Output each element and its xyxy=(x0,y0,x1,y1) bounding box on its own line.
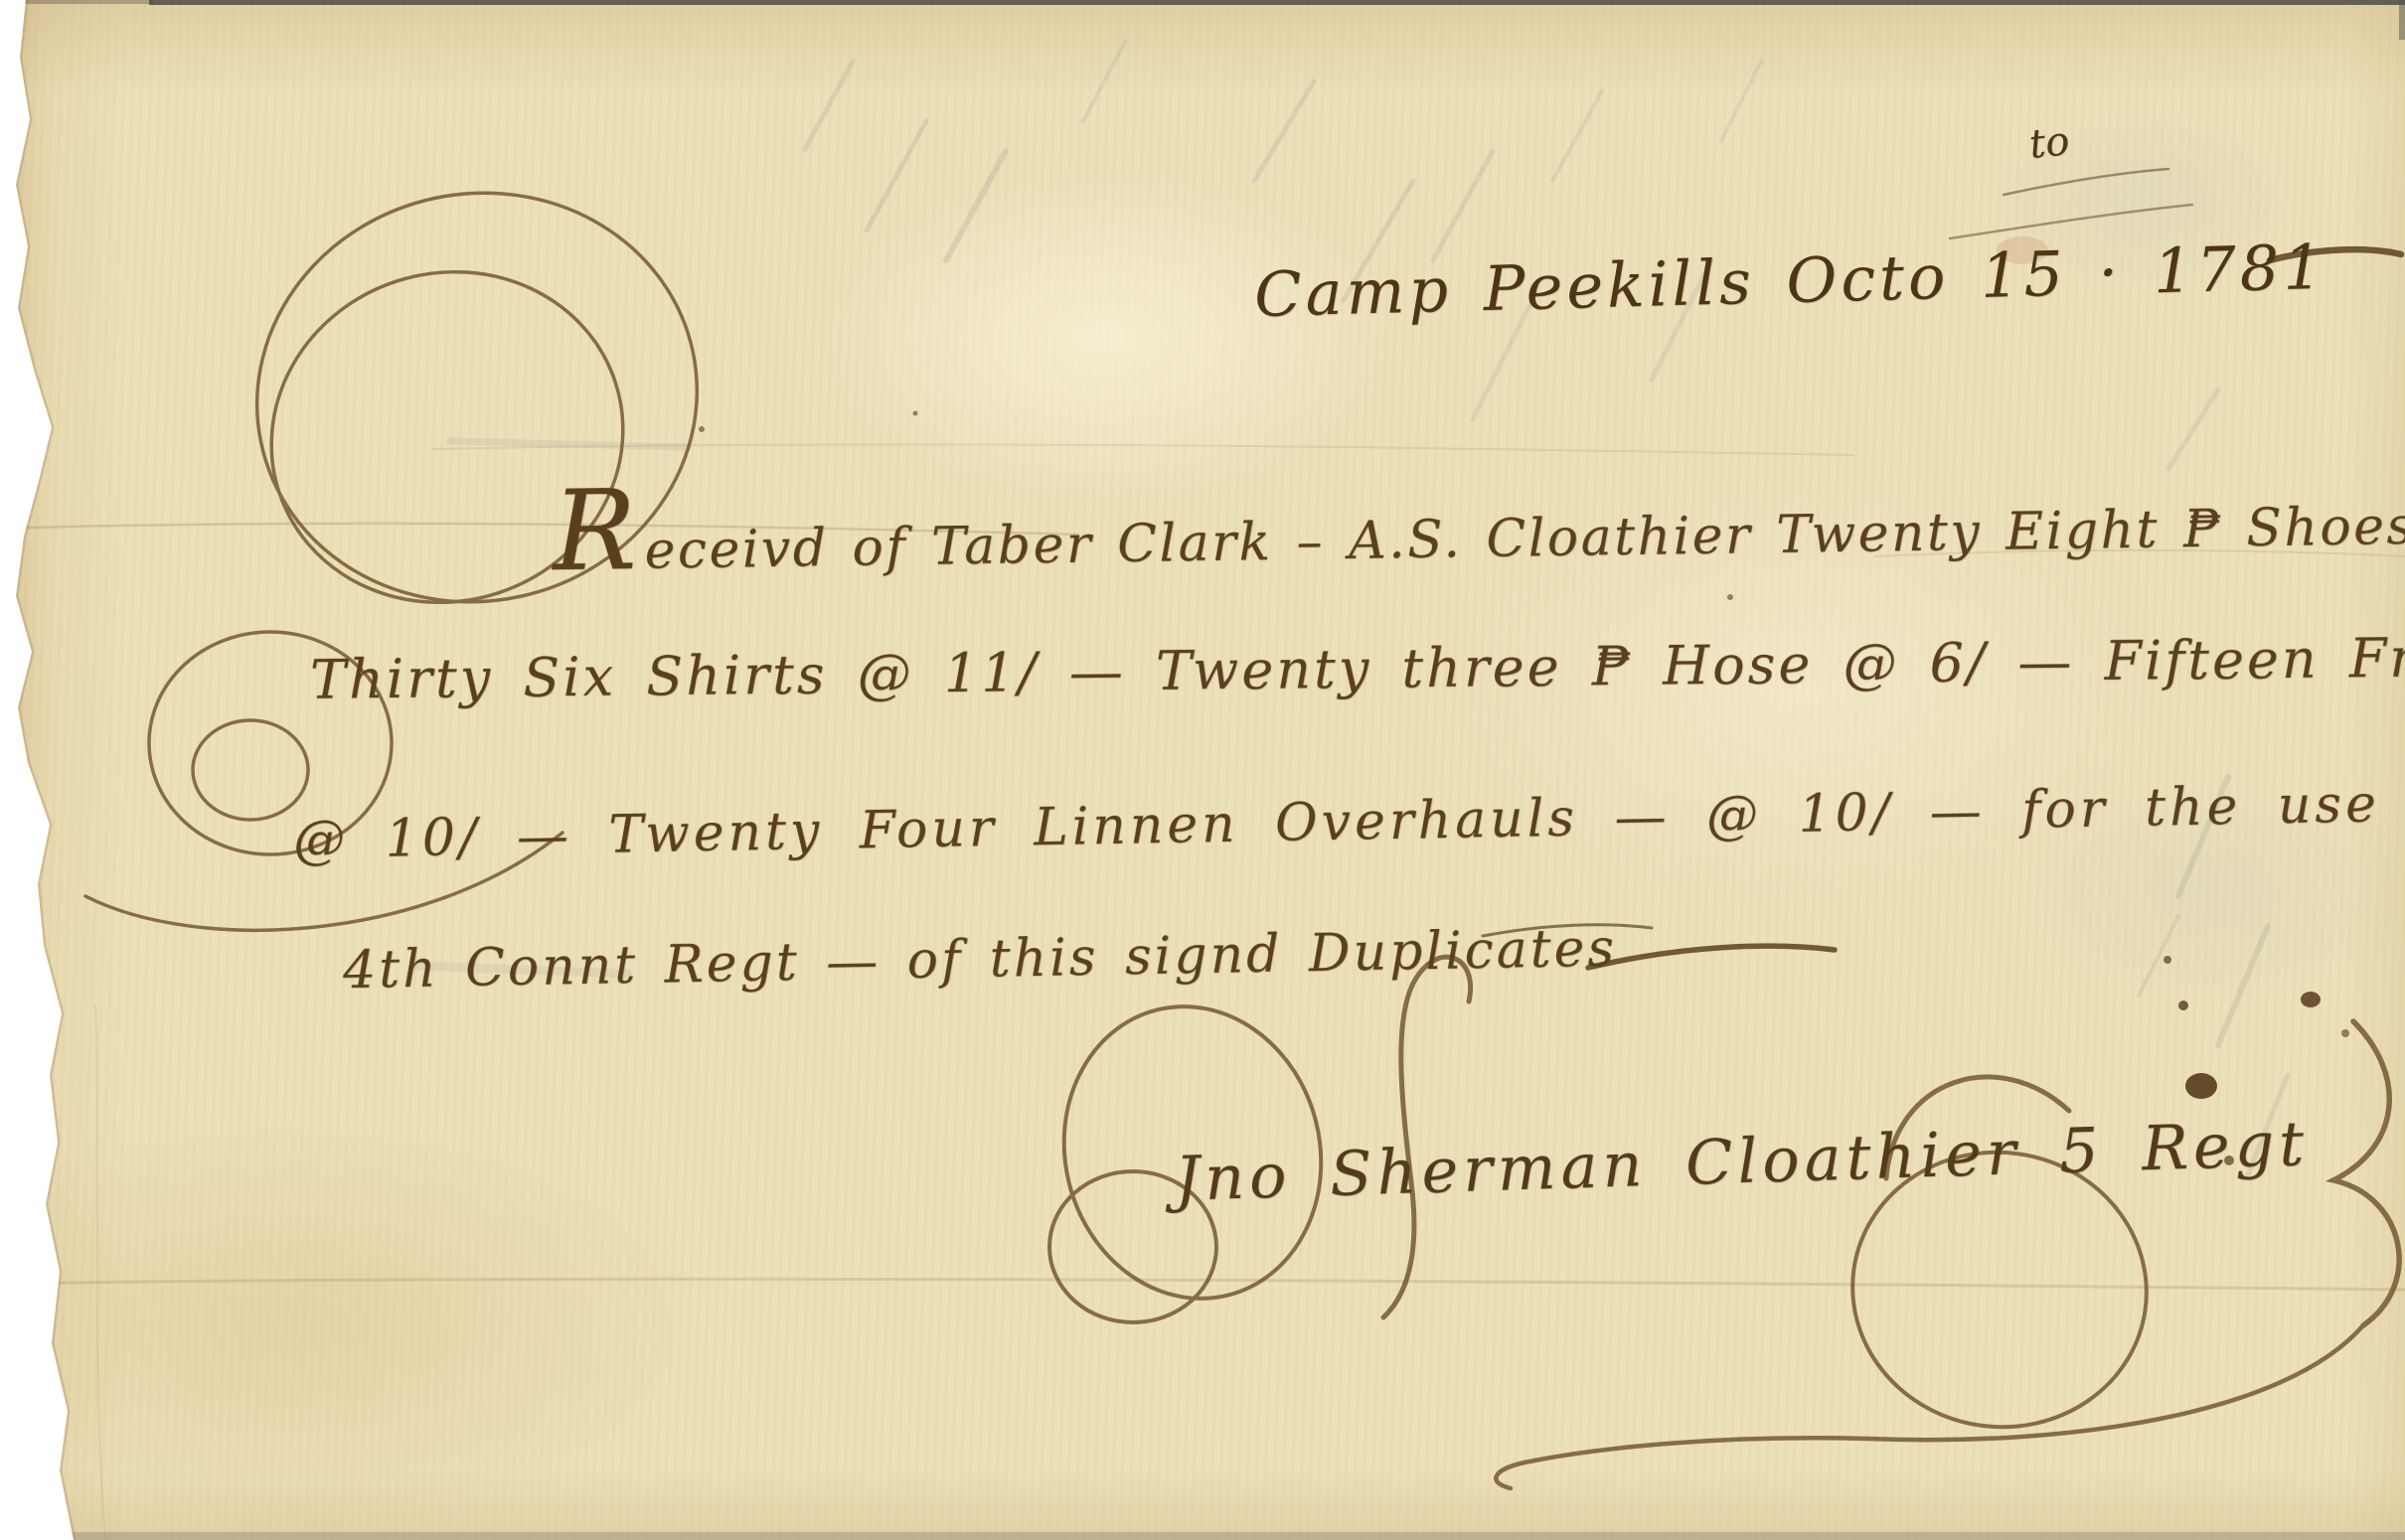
signature-flourish xyxy=(1034,957,2399,1488)
body-line-regiment: 4th Connt Regt — of this signd Duplicate… xyxy=(343,923,1618,997)
body-line-overhauls: @ 10/ — Twenty Four Linnen Overhauls — @… xyxy=(293,775,2405,867)
document-paper: Camp Peekills Octo 15 · 1781 to Receivd … xyxy=(0,0,2405,1540)
bleedthrough-marks xyxy=(417,42,2288,1174)
scan-edges xyxy=(0,0,2405,1540)
signature: Jno Sherman Cloathier 5 Regt xyxy=(1174,1113,2310,1210)
dateline-superscript: to xyxy=(2027,121,2071,165)
dateline-text: Camp Peekills Octo 15 · 1781 xyxy=(1253,236,2326,326)
torn-edge-shading xyxy=(16,0,74,1540)
body-line-received: Receivd of Taber Clark – A.S. Cloathier … xyxy=(552,449,2405,588)
body-line-shirts: Thirty Six Shirts @ 11/ — Twenty three ₱… xyxy=(310,630,2405,707)
ink-flourish-overlay xyxy=(0,0,2405,1540)
